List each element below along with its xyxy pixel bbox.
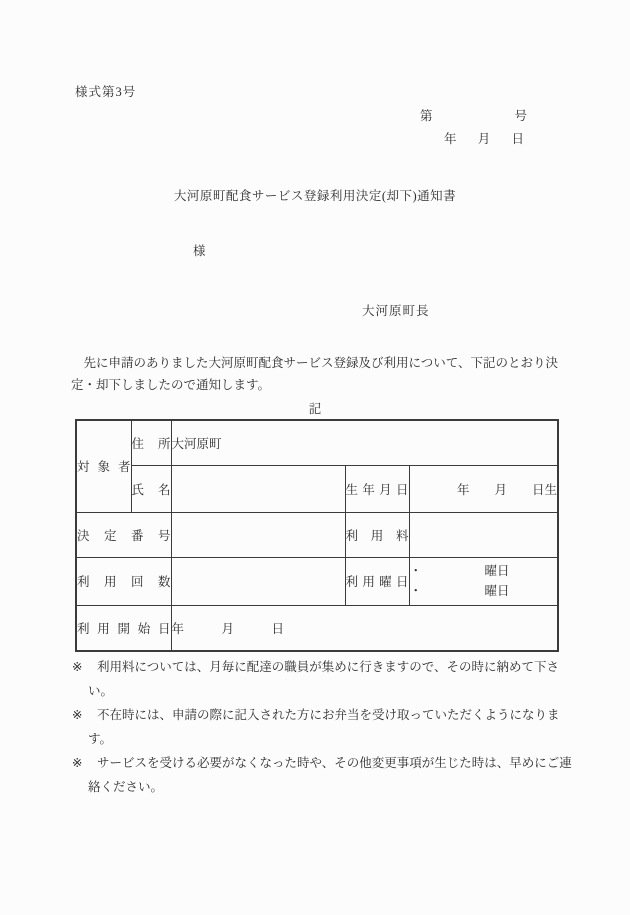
- start-date-value-cell: 年 月 日: [171, 605, 558, 651]
- note-line: サービスを受ける必要がなくなった時や、その他変更事項が生じた時は、早めにご連: [97, 751, 572, 775]
- table-row-decision-fee: 決定番号 利用料: [76, 512, 558, 557]
- decision-number-label-cell: 決定番号: [76, 512, 171, 557]
- fee-label-cell: 利用料: [345, 512, 409, 557]
- date-month-label: 月: [478, 129, 491, 147]
- note-text: サービスを受ける必要がなくなった時や、その他変更事項が生じた時は、早めにご連 絡…: [97, 751, 572, 799]
- body-paragraph: 先に申請のありました大河原町配食サービス登録及び利用について、下記のとおり決 定…: [71, 352, 561, 396]
- document-page: 様式第3号 第 号 年 月 日 大河原町配食サービス登録利用決定(却下)通知書 …: [0, 0, 630, 915]
- table-row-address: 対象者 住所 大河原町: [76, 420, 558, 465]
- use-count-value-cell: [171, 557, 345, 605]
- body-line-1: 先に申請のありました大河原町配食サービス登録及び利用について、下記のとおり決: [71, 352, 561, 374]
- decision-table: 対象者 住所 大河原町 氏名 生年月日 年 月 日生 決定番号 利用料 利用回数…: [75, 419, 559, 652]
- note-line: 利用料については、月毎に配達の職員が集めに行きますので、その時に納めて下さ: [97, 655, 564, 679]
- address-value-cell: 大河原町: [171, 420, 558, 465]
- note-text: 利用料については、月毎に配達の職員が集めに行きますので、その時に納めて下さ い。: [97, 655, 564, 703]
- note-line: す。: [88, 727, 564, 751]
- use-days-label-cell: 利用曜日: [345, 557, 409, 605]
- body-line-2: 定・却下しましたので通知します。: [71, 374, 561, 396]
- document-number-line: 第 号: [420, 106, 527, 124]
- date-line: 年 月 日: [444, 129, 524, 147]
- table-row-count-days: 利用回数 利用曜日 ・ 曜日 ・ 曜日: [76, 557, 558, 605]
- date-day-label: 日: [511, 129, 524, 147]
- use-days-value-cell: ・ 曜日 ・ 曜日: [409, 557, 558, 605]
- name-label-cell: 氏名: [131, 465, 171, 512]
- date-year-label: 年: [444, 129, 457, 147]
- note-cancellation: ※ サービスを受ける必要がなくなった時や、その他変更事項が生じた時は、早めにご連…: [72, 751, 564, 799]
- note-fee: ※ 利用料については、月毎に配達の職員が集めに行きますので、その時に納めて下さ …: [72, 655, 564, 703]
- note-absence: ※ 不在時には、申請の際に記入された方にお弁当を受け取っていただくようになりま …: [72, 703, 564, 751]
- note-line: 絡ください。: [88, 775, 572, 799]
- doc-number-suffix: 号: [514, 106, 527, 124]
- table-row-start-date: 利用開始日 年 月 日: [76, 605, 558, 651]
- address-label-cell: 住所: [131, 420, 171, 465]
- doc-number-prefix: 第: [420, 106, 433, 124]
- use-count-label-cell: 利用回数: [76, 557, 171, 605]
- note-text: 不在時には、申請の際に記入された方にお弁当を受け取っていただくようになりま す。: [97, 703, 564, 751]
- table-row-name-birthdate: 氏名 生年月日 年 月 日生: [76, 465, 558, 512]
- birthdate-label-cell: 生年月日: [345, 465, 409, 512]
- subject-label-cell: 対象者: [76, 420, 131, 512]
- use-days-line-2: ・ 曜日: [410, 581, 558, 601]
- document-title: 大河原町配食サービス登録利用決定(却下)通知書: [0, 186, 630, 204]
- sender-name: 大河原町長: [362, 301, 430, 319]
- fee-value-cell: [409, 512, 558, 557]
- birthdate-value-cell: 年 月 日生: [409, 465, 558, 512]
- use-days-line-1: ・ 曜日: [410, 561, 558, 581]
- decision-number-value-cell: [171, 512, 345, 557]
- notes-section: ※ 利用料については、月毎に配達の職員が集めに行きますので、その時に納めて下さ …: [72, 655, 564, 799]
- note-line: い。: [88, 679, 564, 703]
- form-number: 様式第3号: [75, 82, 136, 100]
- record-marker: 記: [0, 399, 630, 417]
- addressee-honorific: 様: [193, 241, 206, 259]
- start-date-label-cell: 利用開始日: [76, 605, 171, 651]
- name-value-cell: [171, 465, 345, 512]
- note-line: 不在時には、申請の際に記入された方にお弁当を受け取っていただくようになりま: [97, 703, 564, 727]
